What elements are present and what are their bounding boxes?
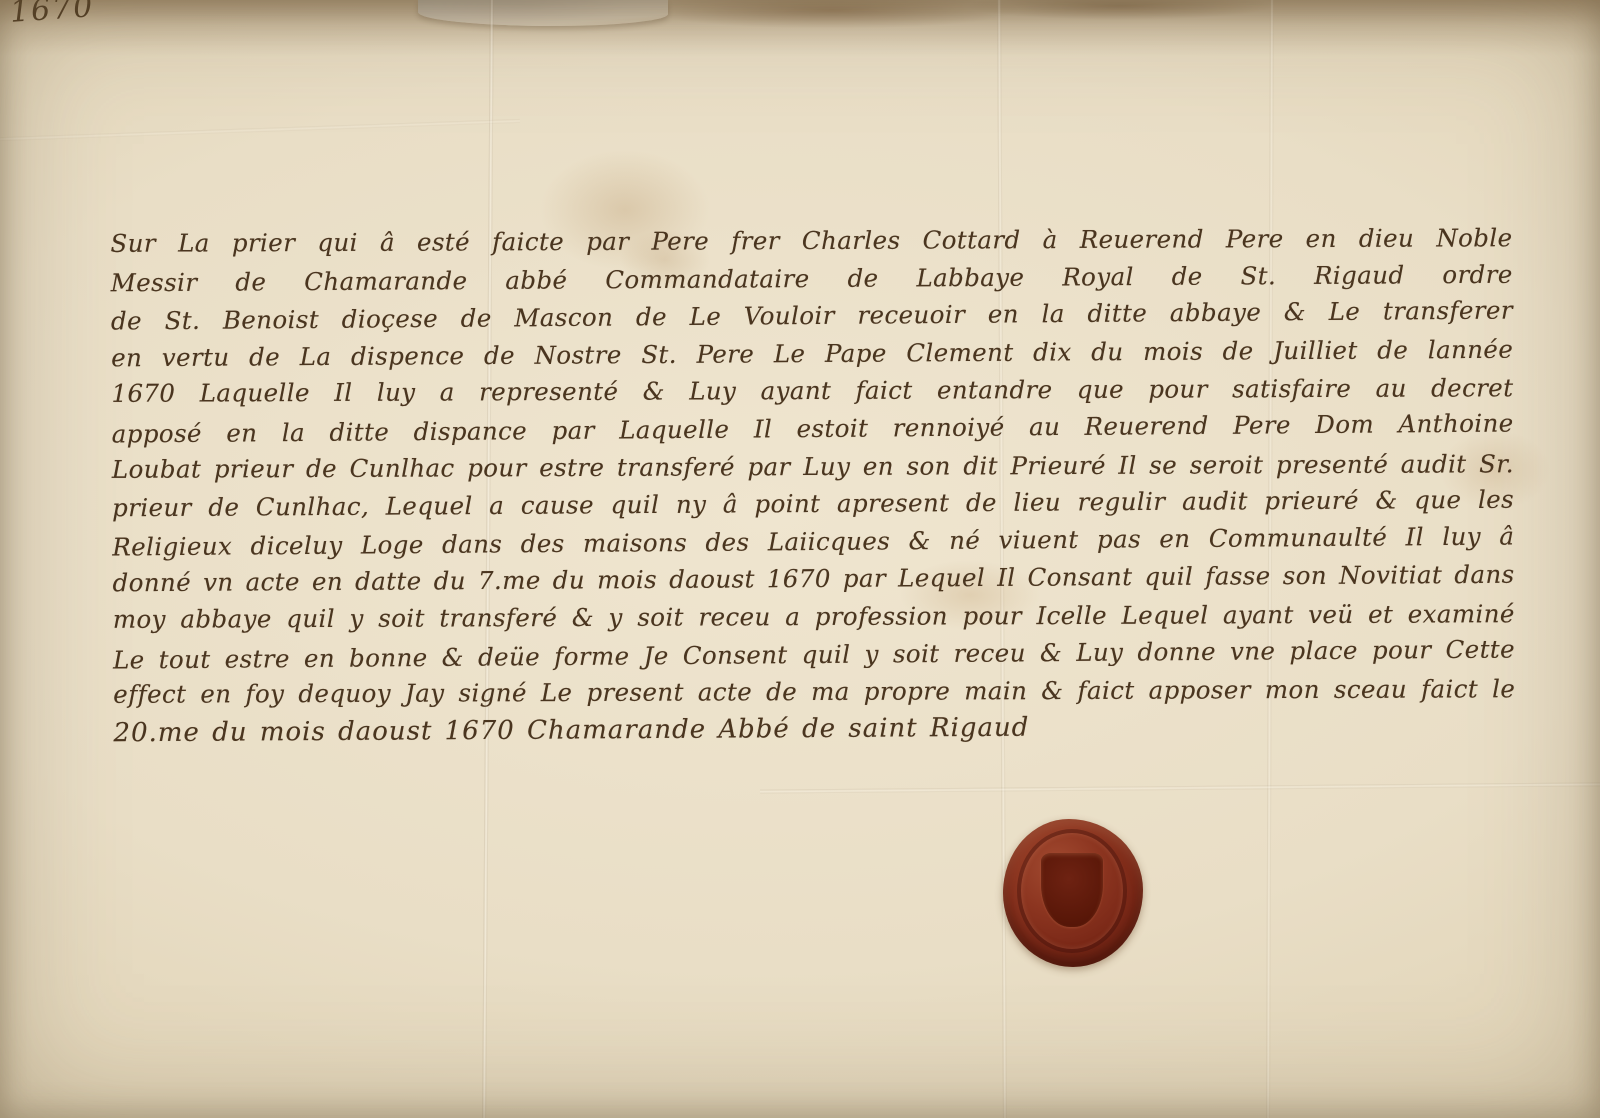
- manuscript-line: effect en foy dequoy Jay signé Le presen…: [113, 670, 1515, 713]
- top-edge-stain: [0, 0, 1600, 56]
- manuscript-line: Loubat prieur de Cunlhac pour estre tran…: [112, 445, 1514, 488]
- manuscript-text-block: Sur La prier qui â esté faicte par Pere …: [110, 218, 1515, 753]
- manuscript-photo: 1670 Sur La prier qui â esté faicte par …: [0, 0, 1600, 1118]
- crease-line: [0, 119, 520, 141]
- manuscript-line: 20.me du mois daoust 1670 Chamarande Abb…: [113, 706, 1515, 752]
- red-wax-seal: [1003, 819, 1143, 967]
- fold-line-horizontal: [760, 782, 1600, 793]
- manuscript-line: Sur La prier qui â esté faicte par Pere …: [110, 219, 1512, 262]
